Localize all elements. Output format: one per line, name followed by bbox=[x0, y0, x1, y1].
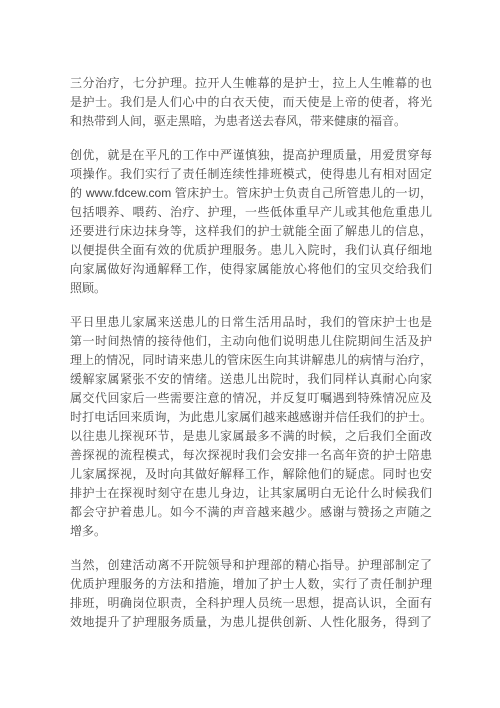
text-line: 创优，就是在平凡的工作中严谨慎独，提高护理质量，用爱贯穿每 bbox=[70, 146, 432, 165]
text-line: 效地提升了护理服务质量，为患儿提供创新、人性化服务，得到了 bbox=[70, 613, 432, 632]
text-line: 当然，创建活动离不开院领导和护理部的精心指导。护理部制定了 bbox=[70, 556, 432, 575]
text-line: 儿家属探视，及时向其做好解释工作，解除他们的疑虑。同时也安 bbox=[70, 465, 432, 484]
text-line: 是护士。我们是人们心中的白衣天使，而天使是上帝的使者，将光 bbox=[70, 93, 432, 112]
text-line: 增多。 bbox=[70, 522, 432, 541]
paragraph-4: 当然，创建活动离不开院领导和护理部的精心指导。护理部制定了 优质护理服务的方法和… bbox=[70, 556, 432, 632]
text-line: 平日里患儿家属来送患儿的日常生活用品时，我们的管床护士也是 bbox=[70, 313, 432, 332]
text-block: 三分治疗，七分护理。拉开人生帷幕的是护士，拉上人生帷幕的也 是护士。我们是人们心… bbox=[70, 74, 432, 647]
text-line: 排班，明确岗位职责，全科护理人员统一思想，提高认识，全面有 bbox=[70, 594, 432, 613]
text-line: 的 www.fdcew.com 管床护士。管床护士负责自己所管患儿的一切， bbox=[70, 184, 432, 203]
text-line: 和热带到人间，驱走黑暗，为患者送去春风，带来健康的福音。 bbox=[70, 112, 432, 131]
document-page: 三分治疗，七分护理。拉开人生帷幕的是护士，拉上人生帷幕的也 是护士。我们是人们心… bbox=[0, 0, 500, 708]
text-line: 三分治疗，七分护理。拉开人生帷幕的是护士，拉上人生帷幕的也 bbox=[70, 74, 432, 93]
text-line: 时打电话回来质询，为此患儿家属们越来越感谢并信任我们的护士。 bbox=[70, 408, 432, 427]
text-line: 属交代回家后一些需要注意的情况，并反复叮嘱遇到特殊情况应及 bbox=[70, 389, 432, 408]
text-line: 向家属做好沟通解释工作，使得家属能放心将他们的宝贝交给我们 bbox=[70, 260, 432, 279]
text-line: 第一时间热情的接待他们，主动向他们说明患儿住院期间生活及护 bbox=[70, 332, 432, 351]
text-line: 优质护理服务的方法和措施，增加了护士人数，实行了责任制护理 bbox=[70, 575, 432, 594]
text-line: 以便提供全面有效的优质护理服务。患儿入院时，我们认真仔细地 bbox=[70, 241, 432, 260]
text-line: 项操作。我们实行了责任制连续性排班模式，使得患儿有相对固定 bbox=[70, 165, 432, 184]
text-line: 理上的情况，同时请来患儿的管床医生向其讲解患儿的病情与治疗， bbox=[70, 351, 432, 370]
paragraph-2: 创优，就是在平凡的工作中严谨慎独，提高护理质量，用爱贯穿每 项操作。我们实行了责… bbox=[70, 146, 432, 298]
text-line: 缓解家属紧张不安的情绪。送患儿出院时，我们同样认真耐心向家 bbox=[70, 370, 432, 389]
text-line: 都会守护着患儿。如今不满的声音越来越少。感谢与赞扬之声随之 bbox=[70, 503, 432, 522]
paragraph-1: 三分治疗，七分护理。拉开人生帷幕的是护士，拉上人生帷幕的也 是护士。我们是人们心… bbox=[70, 74, 432, 131]
paragraph-3: 平日里患儿家属来送患儿的日常生活用品时，我们的管床护士也是 第一时间热情的接待他… bbox=[70, 313, 432, 541]
text-line: 排护士在探视时刻守在患儿身边，让其家属明白无论什么时候我们 bbox=[70, 484, 432, 503]
text-line: 包括喂养、喂药、治疗、护理，一些低体重早产儿或其他危重患儿 bbox=[70, 203, 432, 222]
text-line: 还要进行床边抹身等，这样我们的护士就能全面了解患儿的信息， bbox=[70, 222, 432, 241]
text-line: 照顾。 bbox=[70, 279, 432, 298]
text-line: 以往患儿探视环节，是患儿家属最多不满的时候，之后我们全面改 bbox=[70, 427, 432, 446]
text-line: 善探视的流程模式，每次探视时我们会安排一名高年资的护士陪患 bbox=[70, 446, 432, 465]
